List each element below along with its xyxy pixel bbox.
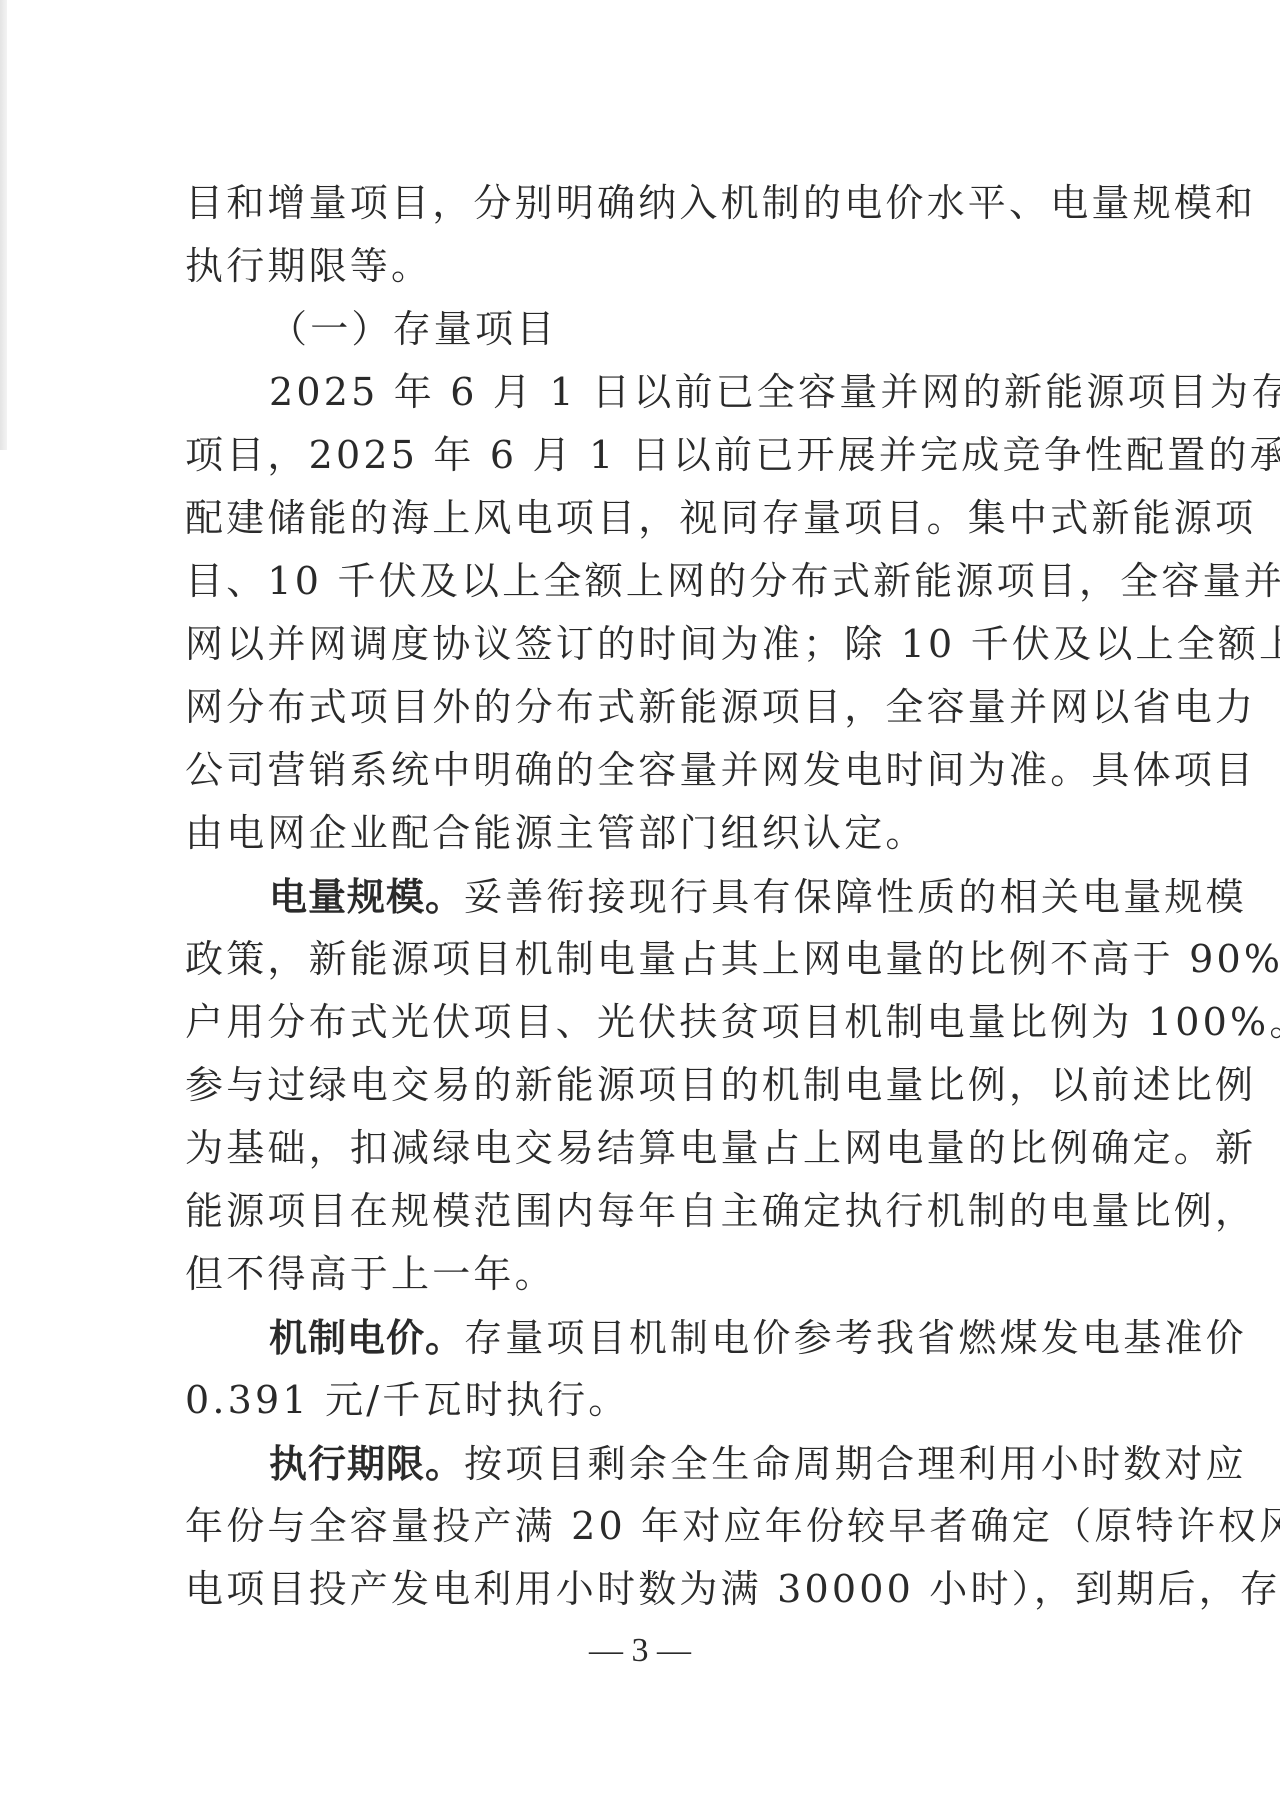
text-line: 由电网企业配合能源主管部门组织认定。: [185, 802, 1105, 865]
text-span: 妥善衔接现行具有保障性质的相关电量规模: [464, 875, 1247, 919]
text-line: 政策，新能源项目机制电量占其上网电量的比例不高于 90%；: [185, 928, 1105, 991]
text-line: 执行期限等。: [185, 235, 1105, 298]
scan-edge-shadow: [0, 0, 7, 450]
paragraph-title-electricity-scale: 电量规模。: [269, 874, 464, 919]
text-line: 公司营销系统中明确的全容量并网发电时间为准。具体项目: [185, 739, 1105, 802]
page-number: — 3 —: [0, 1632, 1280, 1670]
text-line: 项目，2025 年 6 月 1 日以前已开展并完成竞争性配置的承诺: [185, 424, 1105, 487]
document-page: 目和增量项目，分别明确纳入机制的电价水平、电量规模和 执行期限等。 （一）存量项…: [185, 172, 1105, 1621]
text-line: 网分布式项目外的分布式新能源项目，全容量并网以省电力: [185, 676, 1105, 739]
text-line: 年份与全容量投产满 20 年对应年份较早者确定（原特许权风: [185, 1495, 1105, 1558]
paragraph-electricity-scale: 电量规模。妥善衔接现行具有保障性质的相关电量规模: [185, 865, 1105, 928]
text-line: 能源项目在规模范围内每年自主确定执行机制的电量比例，: [185, 1180, 1105, 1243]
paragraph-title-execution-period: 执行期限。: [269, 1441, 464, 1486]
text-line: 户用分布式光伏项目、光伏扶贫项目机制电量比例为 100%。: [185, 991, 1105, 1054]
section-heading: （一）存量项目: [185, 298, 1105, 361]
paragraph-execution-period: 执行期限。按项目剩余全生命周期合理利用小时数对应: [185, 1432, 1105, 1495]
text-line: 配建储能的海上风电项目，视同存量项目。集中式新能源项: [185, 487, 1105, 550]
text-line: 0.391 元/千瓦时执行。: [185, 1369, 1105, 1432]
text-line: 网以并网调度协议签订的时间为准；除 10 千伏及以上全额上: [185, 613, 1105, 676]
paragraph-title-mechanism-price: 机制电价。: [269, 1315, 464, 1360]
text-line: 目、10 千伏及以上全额上网的分布式新能源项目，全容量并: [185, 550, 1105, 613]
paragraph-mechanism-price: 机制电价。存量项目机制电价参考我省燃煤发电基准价: [185, 1306, 1105, 1369]
text-span: 按项目剩余全生命周期合理利用小时数对应: [464, 1442, 1247, 1486]
text-line: 但不得高于上一年。: [185, 1243, 1105, 1306]
text-line: 目和增量项目，分别明确纳入机制的电价水平、电量规模和: [185, 172, 1105, 235]
text-line: 电项目投产发电利用小时数为满 30000 小时），到期后，存: [185, 1558, 1105, 1621]
text-line: 参与过绿电交易的新能源项目的机制电量比例，以前述比例: [185, 1054, 1105, 1117]
text-span: 存量项目机制电价参考我省燃煤发电基准价: [464, 1316, 1247, 1360]
text-line: 2025 年 6 月 1 日以前已全容量并网的新能源项目为存量: [185, 361, 1105, 424]
text-line: 为基础，扣减绿电交易结算电量占上网电量的比例确定。新: [185, 1117, 1105, 1180]
